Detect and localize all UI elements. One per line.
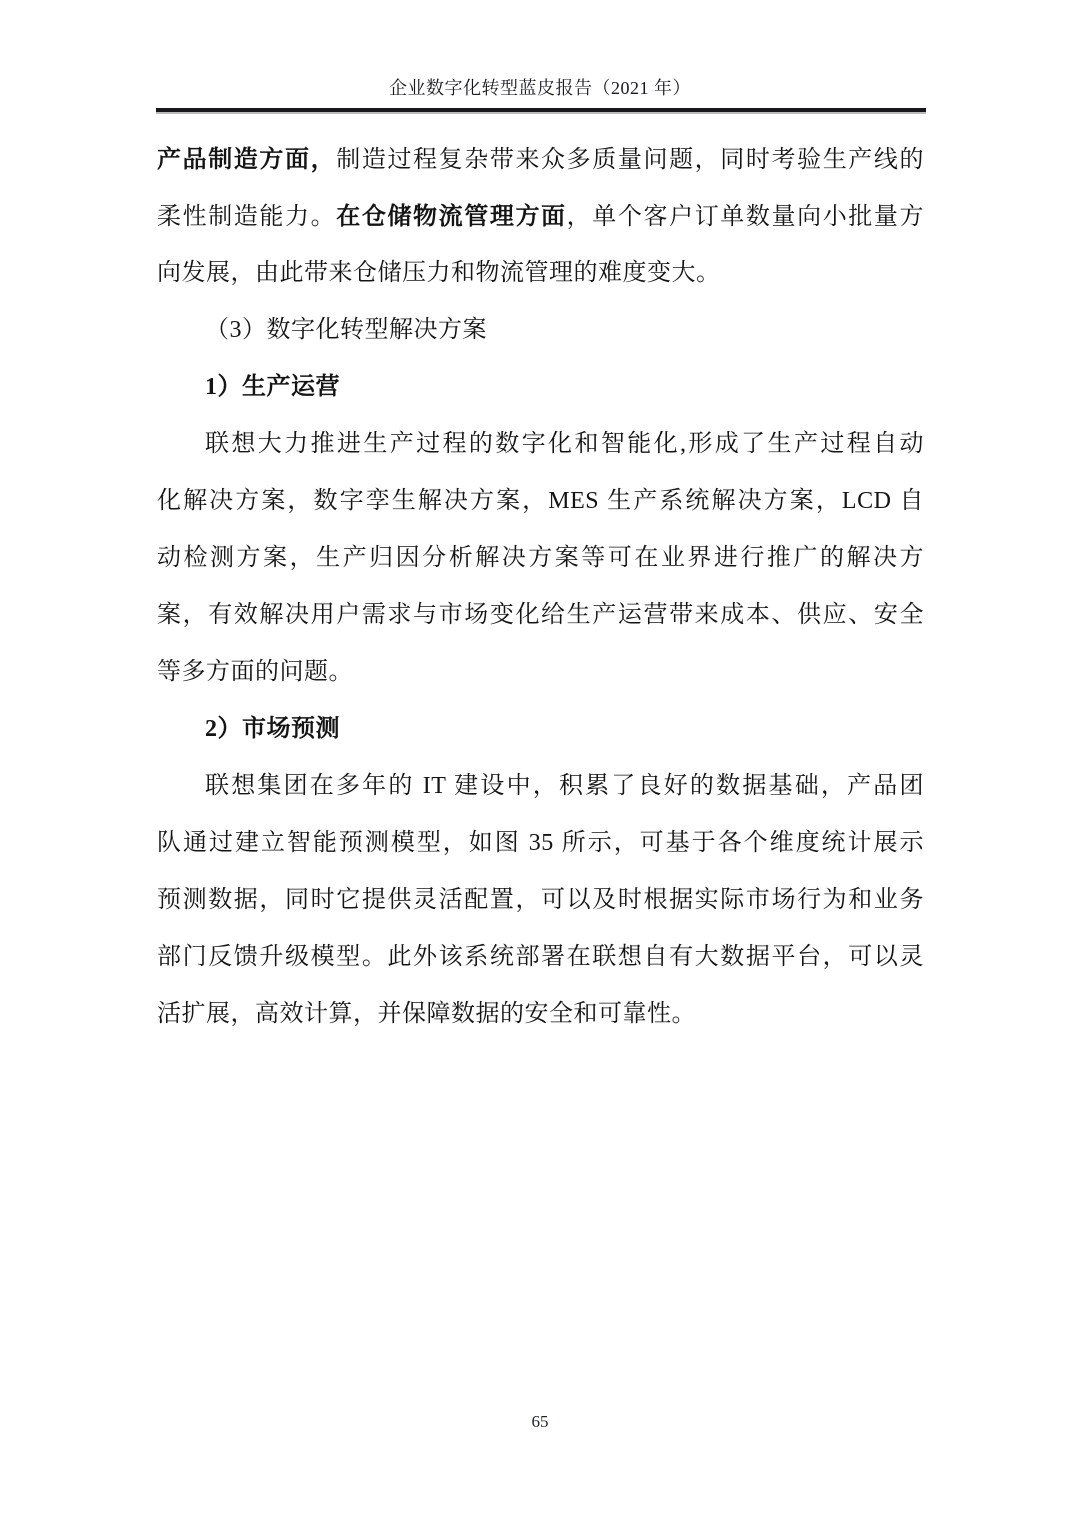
page-header-title: 企业数字化转型蓝皮报告（2021 年）: [0, 74, 1080, 100]
text-run: 队通过建立智能预测模型，如图 35 所示，可基于各个维度统计展示: [157, 830, 924, 856]
text-line: 队通过建立智能预测模型，如图 35 所示，可基于各个维度统计展示: [157, 815, 924, 872]
text-run: 案，有效解决用户需求与市场变化给生产运营带来成本、供应、安全: [157, 602, 924, 628]
text-run: （3）数字化转型解决方案: [205, 317, 487, 343]
text-line: 联想集团在多年的 IT 建设中，积累了良好的数据基础，产品团: [157, 758, 924, 815]
text-line: 等多方面的问题。: [157, 644, 924, 701]
text-line: 动检测方案，生产归因分析解决方案等可在业界进行推广的解决方: [157, 530, 924, 587]
text-line: 产品制造方面，制造过程复杂带来众多质量问题，同时考验生产线的: [157, 131, 924, 188]
section-heading: （3）数字化转型解决方案: [157, 302, 924, 359]
text-line: 联想大力推进生产过程的数字化和智能化,形成了生产过程自动: [157, 416, 924, 473]
document-page: 企业数字化转型蓝皮报告（2021 年） 产品制造方面，制造过程复杂带来众多质量问…: [0, 0, 1080, 1527]
text-run: 制造过程复杂带来众多质量问题，同时考验生产线的: [336, 147, 924, 173]
text-run: 2）市场预测: [205, 716, 340, 742]
text-line: 部门反馈升级模型。此外该系统部署在联想自有大数据平台，可以灵: [157, 929, 924, 986]
section-heading: 2）市场预测: [157, 701, 924, 758]
text-run: 向发展，由此带来仓储压力和物流管理的难度变大。: [157, 260, 721, 286]
text-run: ，单个客户订单数量向小批量方: [567, 204, 924, 230]
text-run: 预测数据，同时它提供灵活配置，可以及时根据实际市场行为和业务: [157, 887, 924, 913]
text-run: 化解决方案，数字孪生解决方案，MES 生产系统解决方案，LCD 自: [157, 488, 924, 514]
text-run: 联想集团在多年的 IT 建设中，积累了良好的数据基础，产品团: [205, 773, 924, 799]
text-run: 1）生产运营: [205, 374, 340, 400]
header-rule: [156, 108, 926, 112]
text-run: 活扩展，高效计算，并保障数据的安全和可靠性。: [157, 1001, 696, 1027]
text-line: 柔性制造能力。在仓储物流管理方面，单个客户订单数量向小批量方: [157, 188, 924, 245]
text-run: 联想大力推进生产过程的数字化和智能化,形成了生产过程自动: [205, 431, 924, 457]
text-run: 柔性制造能力。: [157, 204, 336, 230]
bold-text-run: 产品制造方面，: [157, 146, 336, 173]
text-line: 向发展，由此带来仓储压力和物流管理的难度变大。: [157, 245, 924, 302]
document-body: 产品制造方面，制造过程复杂带来众多质量问题，同时考验生产线的柔性制造能力。在仓储…: [157, 131, 924, 1043]
text-line: 活扩展，高效计算，并保障数据的安全和可靠性。: [157, 986, 924, 1043]
section-heading: 1）生产运营: [157, 359, 924, 416]
text-run: 动检测方案，生产归因分析解决方案等可在业界进行推广的解决方: [157, 545, 924, 571]
bold-text-run: 在仓储物流管理方面: [336, 203, 566, 230]
page-footer: 65: [0, 1412, 1080, 1432]
text-line: 化解决方案，数字孪生解决方案，MES 生产系统解决方案，LCD 自: [157, 473, 924, 530]
text-line: 案，有效解决用户需求与市场变化给生产运营带来成本、供应、安全: [157, 587, 924, 644]
page-number: 65: [532, 1412, 549, 1431]
text-line: 预测数据，同时它提供灵活配置，可以及时根据实际市场行为和业务: [157, 872, 924, 929]
text-run: 部门反馈升级模型。此外该系统部署在联想自有大数据平台，可以灵: [157, 944, 924, 970]
text-run: 等多方面的问题。: [157, 659, 353, 685]
